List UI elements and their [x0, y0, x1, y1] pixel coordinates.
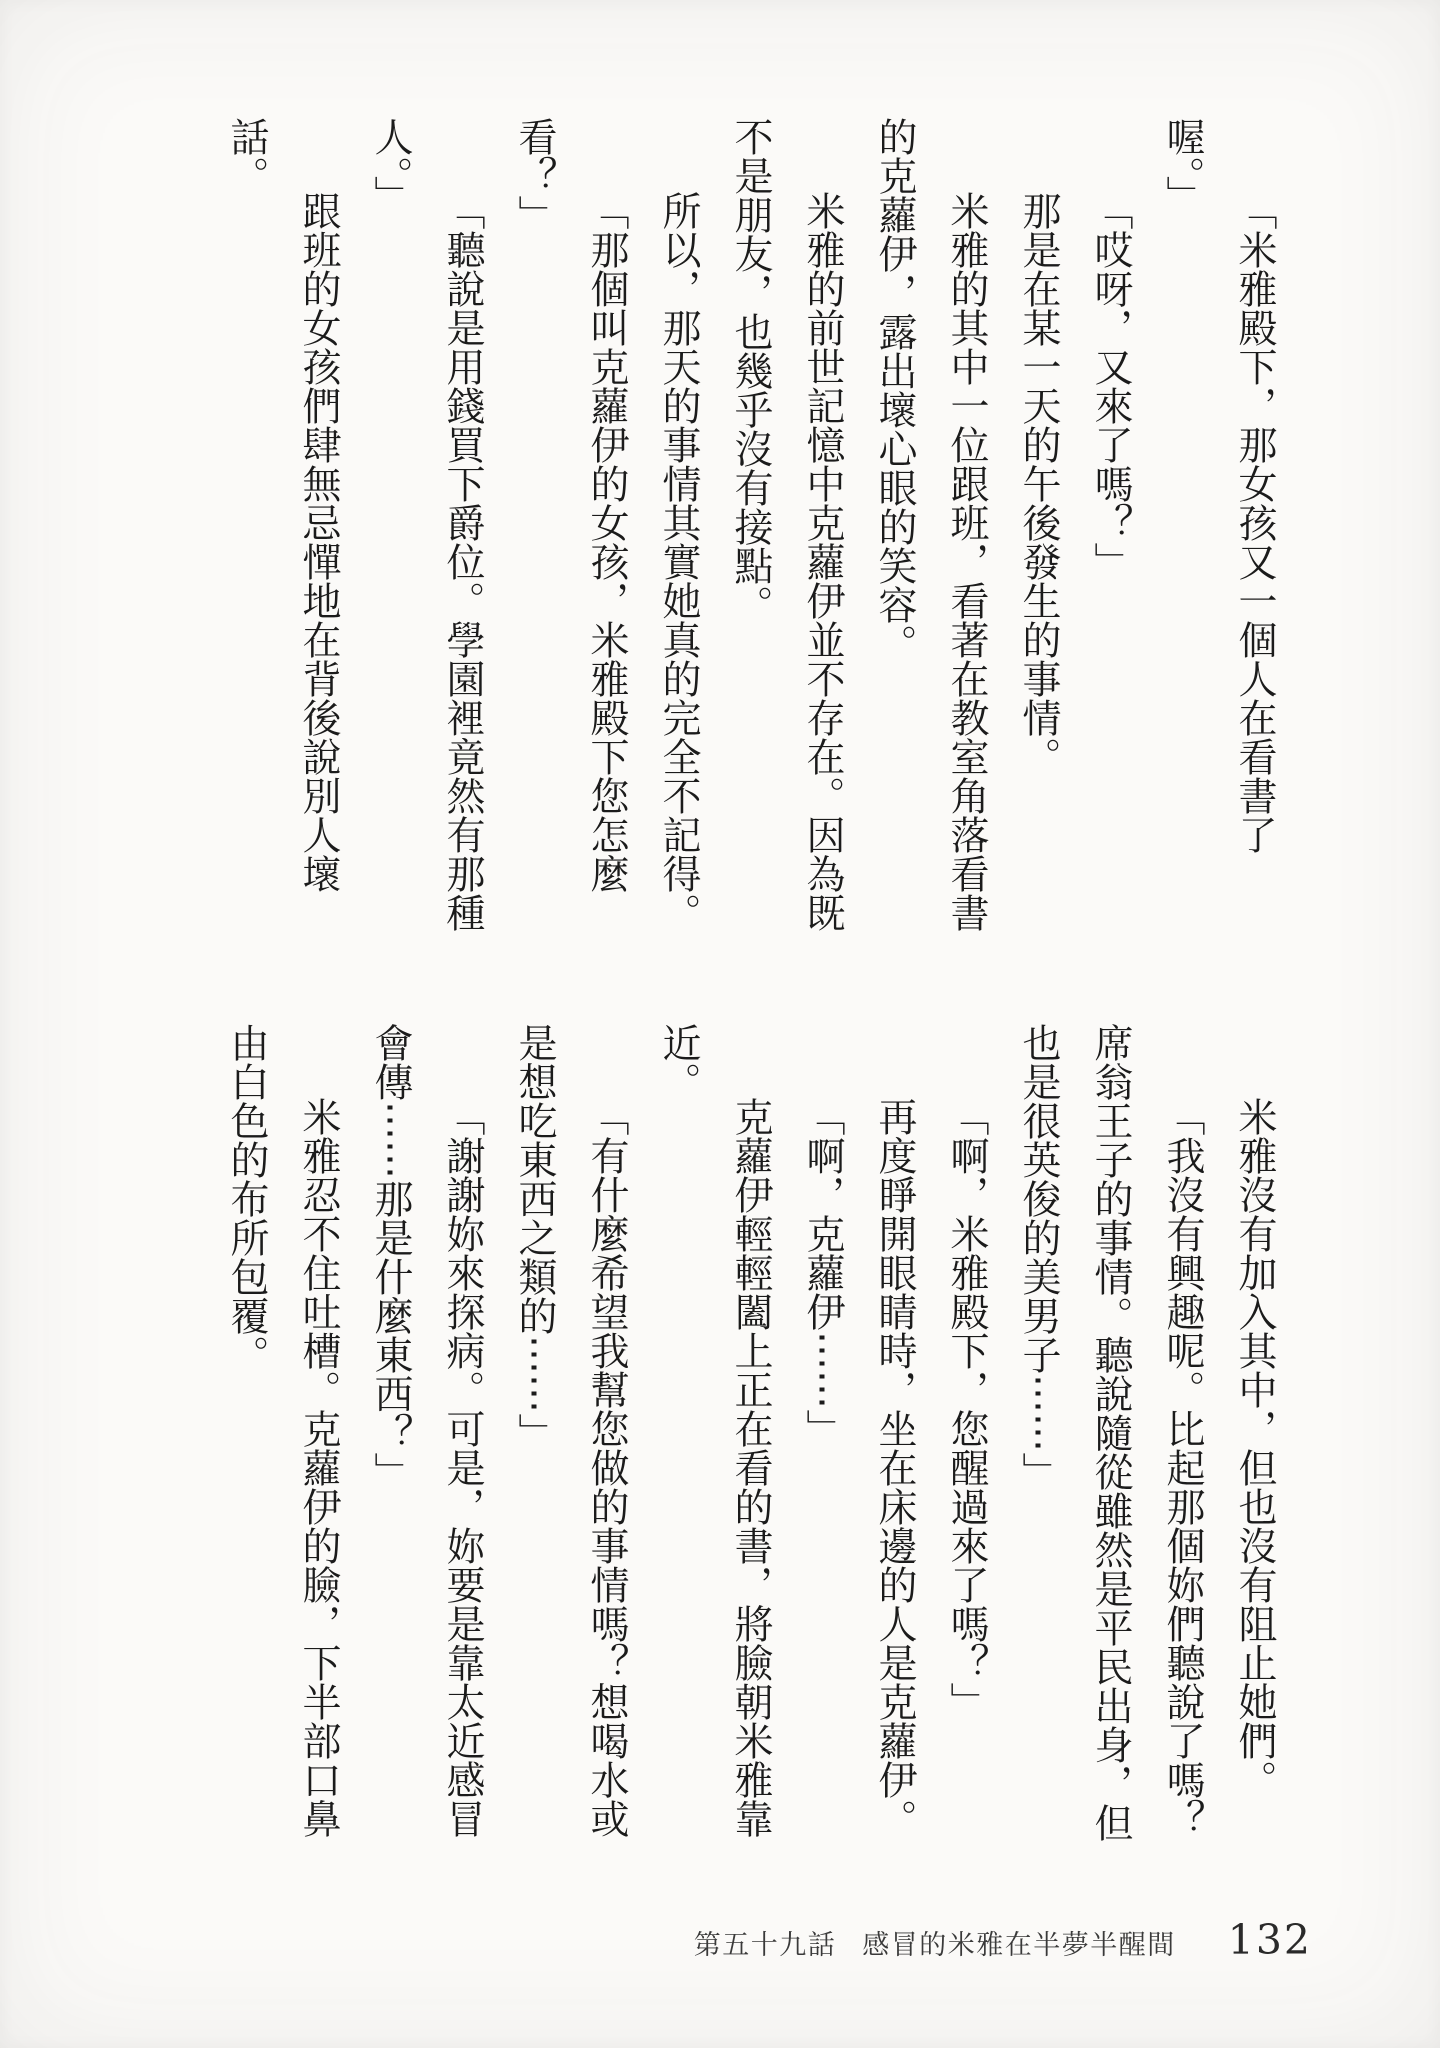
text-column: 「米雅殿下，那女孩又一個人在看書了: [1218, 117, 1290, 955]
text-column: 那是在某一天的午後發生的事情。: [1002, 117, 1074, 955]
text-column: 「那個叫克蘿伊的女孩，米雅殿下您怎麼: [570, 117, 642, 955]
text-column: 席翁王子的事情。聽說隨從雖然是平民出身，但: [1074, 1023, 1146, 1875]
text-column: 克蘿伊輕輕闔上正在看的書，將臉朝米雅靠: [714, 1023, 786, 1875]
text-column: 近。: [642, 1023, 714, 1875]
text-column: 米雅忍不住吐槽。克蘿伊的臉，下半部口鼻: [282, 1023, 354, 1875]
text-column: 話。: [210, 117, 282, 955]
chapter-title: 感冒的米雅在半夢半醒間: [862, 1923, 1176, 1962]
text-column: 人。」: [354, 117, 426, 955]
novel-page: 「米雅殿下，那女孩又一個人在看書了喔。」「哎呀，又來了嗎？」那是在某一天的午後發…: [0, 0, 1440, 2048]
text-column: 跟班的女孩們肆無忌憚地在背後說別人壞: [282, 117, 354, 955]
text-column: 米雅沒有加入其中，但也沒有阻止她們。: [1218, 1023, 1290, 1875]
page-footer: 第五十九話 感冒的米雅在半夢半醒間 132: [694, 1916, 1312, 1964]
text-column: 「我沒有興趣呢。比起那個妳們聽說了嗎？: [1146, 1023, 1218, 1875]
text-column: 「啊，米雅殿下，您醒過來了嗎？」: [930, 1023, 1002, 1875]
text-column: 也是很英俊的美男子⋯⋯」: [1002, 1023, 1074, 1875]
text-column: 的克蘿伊，露出壞心眼的笑容。: [858, 117, 930, 955]
text-column: 「啊，克蘿伊⋯⋯」: [786, 1023, 858, 1875]
text-column: 再度睜開眼睛時，坐在床邊的人是克蘿伊。: [858, 1023, 930, 1875]
text-column: 不是朋友，也幾乎沒有接點。: [714, 117, 786, 955]
text-column: 由白色的布所包覆。: [210, 1023, 282, 1875]
text-column: 「有什麼希望我幫您做的事情嗎？想喝水或: [570, 1023, 642, 1875]
page-number: 132: [1228, 1916, 1312, 1964]
text-column: 是想吃東西之類的⋯⋯」: [498, 1023, 570, 1875]
chapter-heading: 第五十九話 感冒的米雅在半夢半醒間: [694, 1923, 1176, 1962]
text-column: 看？」: [498, 117, 570, 955]
text-column: 米雅的前世記憶中克蘿伊並不存在。因為既: [786, 117, 858, 955]
text-column: 米雅的其中一位跟班，看著在教室角落看書: [930, 117, 1002, 955]
chapter-number: 第五十九話: [694, 1923, 837, 1962]
text-column: 「聽說是用錢買下爵位。學園裡竟然有那種: [426, 117, 498, 955]
top-text-block: 「米雅殿下，那女孩又一個人在看書了喔。」「哎呀，又來了嗎？」那是在某一天的午後發…: [210, 117, 1290, 955]
text-column: 「謝謝妳來探病。可是，妳要是靠太近感冒: [426, 1023, 498, 1875]
text-column: 喔。」: [1146, 117, 1218, 955]
text-column: 會傳⋯⋯那是什麼東西？」: [354, 1023, 426, 1875]
bottom-text-block: 米雅沒有加入其中，但也沒有阻止她們。「我沒有興趣呢。比起那個妳們聽說了嗎？席翁王…: [210, 1023, 1290, 1875]
text-column: 所以，那天的事情其實她真的完全不記得。: [642, 117, 714, 955]
text-column: 「哎呀，又來了嗎？」: [1074, 117, 1146, 955]
